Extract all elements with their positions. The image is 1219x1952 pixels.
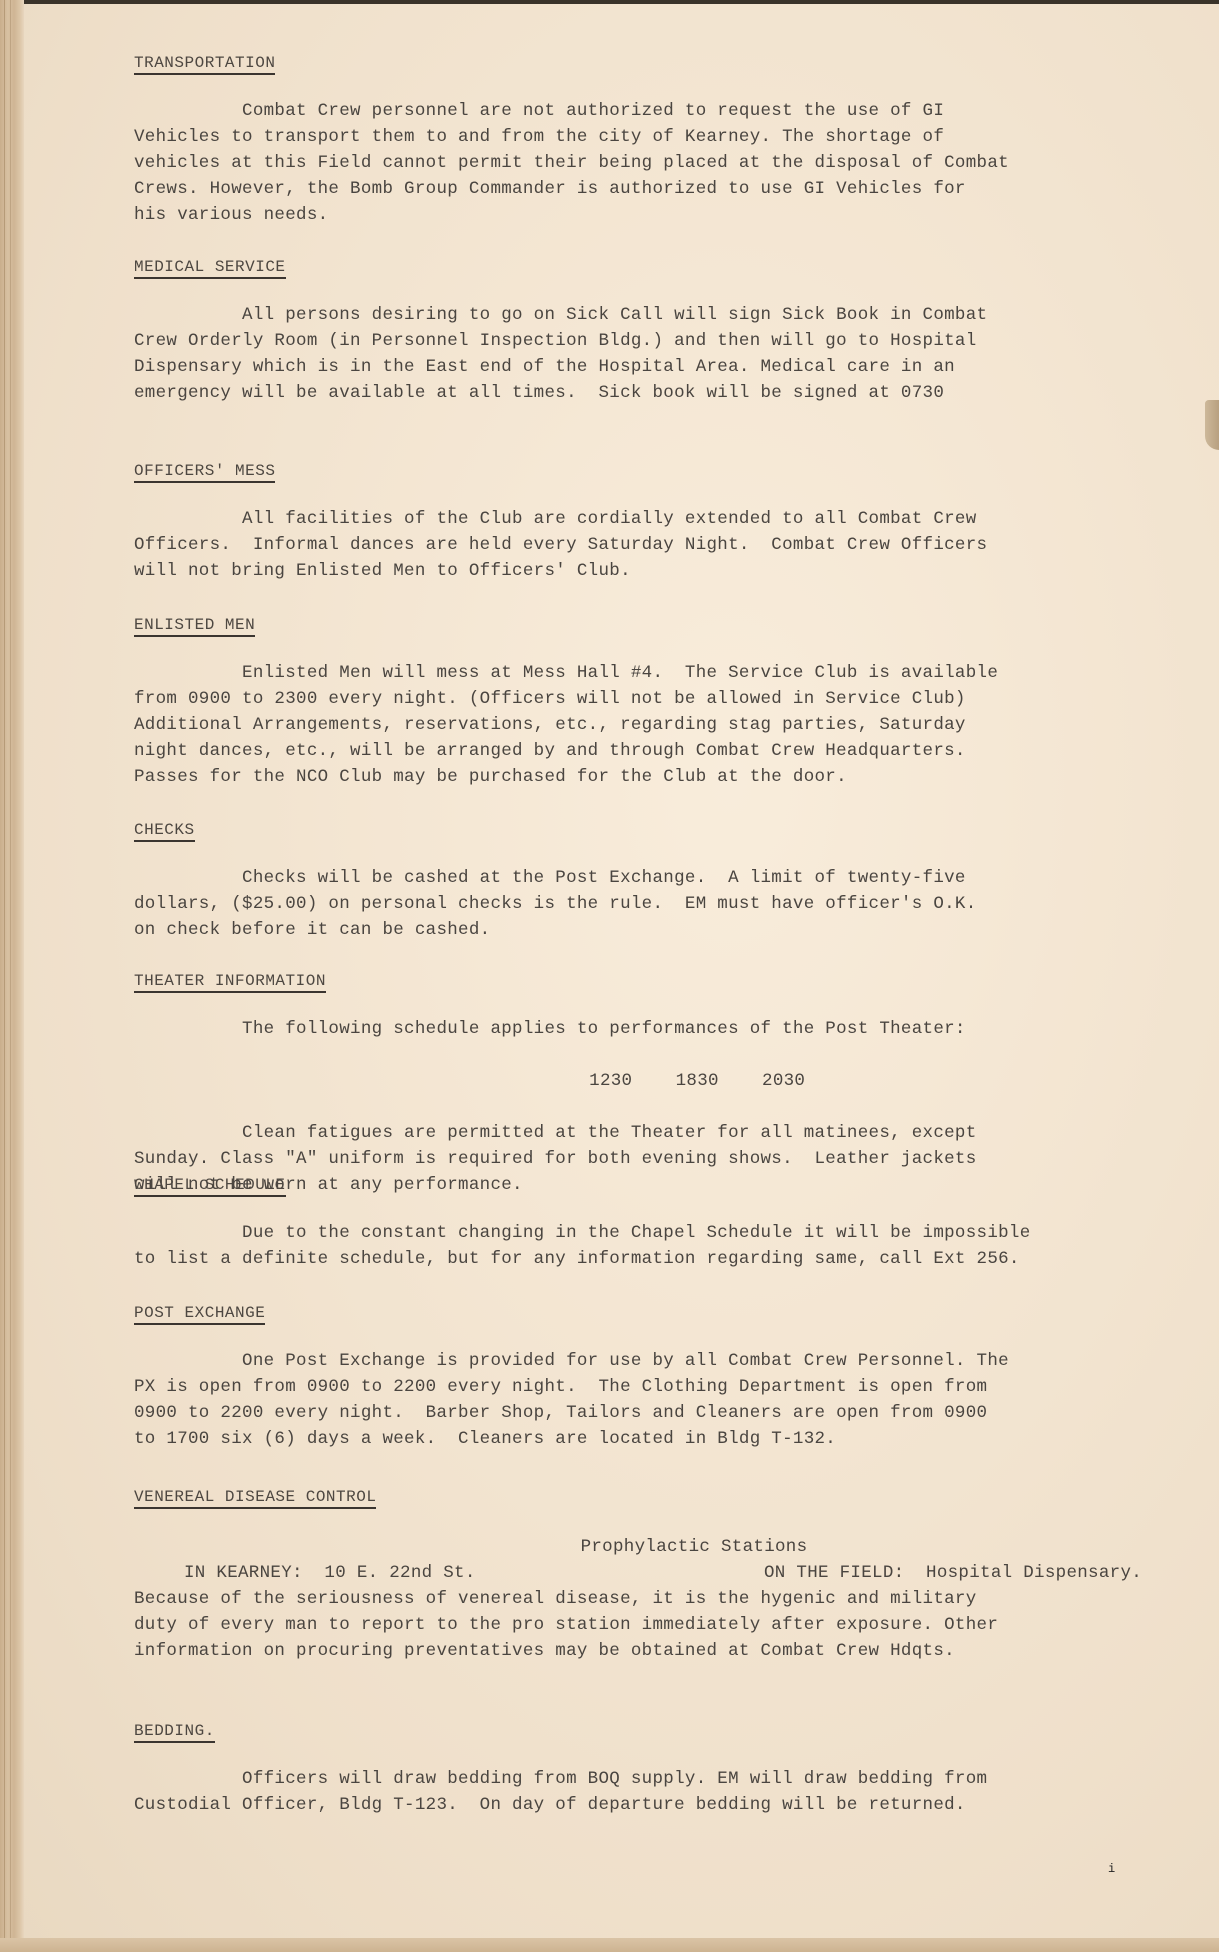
section-heading: TRANSPORTATION [134, 53, 275, 75]
section-transportation: TRANSPORTATION Combat Crew personnel are… [134, 50, 1174, 228]
section-bedding: BEDDING. Officers will draw bedding from… [134, 1718, 1174, 1818]
document-page: TRANSPORTATION Combat Crew personnel are… [0, 0, 1219, 1952]
section-paragraph: One Post Exchange is provided for use by… [134, 1348, 1174, 1452]
section-chapel-schedule: CHAPEL SCHEDULE Due to the constant chan… [134, 1172, 1174, 1272]
showtime: 2030 [762, 1071, 805, 1091]
section-heading: CHECKS [134, 820, 195, 842]
section-heading: MEDICAL SERVICE [134, 257, 286, 279]
showtime: 1830 [676, 1071, 719, 1091]
section-paragraph-intro: The following schedule applies to perfor… [134, 1016, 1174, 1042]
section-heading: BEDDING. [134, 1721, 215, 1743]
section-paragraph: Because of the seriousness of venereal d… [134, 1586, 1174, 1664]
station-kearney: IN KEARNEY: 10 E. 22nd St. [134, 1560, 764, 1586]
section-paragraph: All persons desiring to go on Sick Call … [134, 302, 1174, 406]
section-enlisted-men: ENLISTED MEN Enlisted Men will mess at M… [134, 612, 1174, 790]
section-heading: ENLISTED MEN [134, 615, 255, 637]
section-paragraph: Combat Crew personnel are not authorized… [134, 98, 1174, 228]
section-venereal-disease-control: VENEREAL DISEASE CONTROL Prophylactic St… [134, 1484, 1174, 1664]
section-paragraph: All facilities of the Club are cordially… [134, 506, 1174, 584]
page-mark: i [1108, 1862, 1115, 1876]
page-stack-edge [0, 0, 24, 1952]
section-heading: THEATER INFORMATION [134, 971, 326, 993]
section-heading: OFFICERS' MESS [134, 461, 275, 483]
section-paragraph: Officers will draw bedding from BOQ supp… [134, 1766, 1174, 1818]
scan-top-edge [0, 0, 1219, 4]
section-paragraph: Checks will be cashed at the Post Exchan… [134, 865, 1174, 943]
theater-showtimes: 1230 1830 2030 [134, 1042, 1174, 1120]
section-heading: CHAPEL SCHEDULE [134, 1175, 286, 1197]
paper-tear [1205, 400, 1219, 450]
section-post-exchange: POST EXCHANGE One Post Exchange is provi… [134, 1300, 1174, 1452]
station-field: ON THE FIELD: Hospital Dispensary. [764, 1560, 1142, 1586]
section-heading: VENEREAL DISEASE CONTROL [134, 1487, 376, 1509]
section-paragraph: Enlisted Men will mess at Mess Hall #4. … [134, 660, 1174, 790]
section-heading: POST EXCHANGE [134, 1303, 265, 1325]
section-officers-mess: OFFICERS' MESS All facilities of the Clu… [134, 458, 1174, 584]
section-medical-service: MEDICAL SERVICE All persons desiring to … [134, 254, 1174, 406]
scan-bottom-edge [0, 1938, 1219, 1952]
section-checks: CHECKS Checks will be cashed at the Post… [134, 817, 1174, 943]
prophylactic-stations-title: Prophylactic Stations [134, 1534, 1174, 1560]
showtime: 1230 [589, 1071, 632, 1091]
prophylactic-stations: IN KEARNEY: 10 E. 22nd St. ON THE FIELD:… [134, 1560, 1174, 1586]
section-paragraph: Due to the constant changing in the Chap… [134, 1220, 1174, 1272]
section-theater-information: THEATER INFORMATION The following schedu… [134, 968, 1174, 1198]
